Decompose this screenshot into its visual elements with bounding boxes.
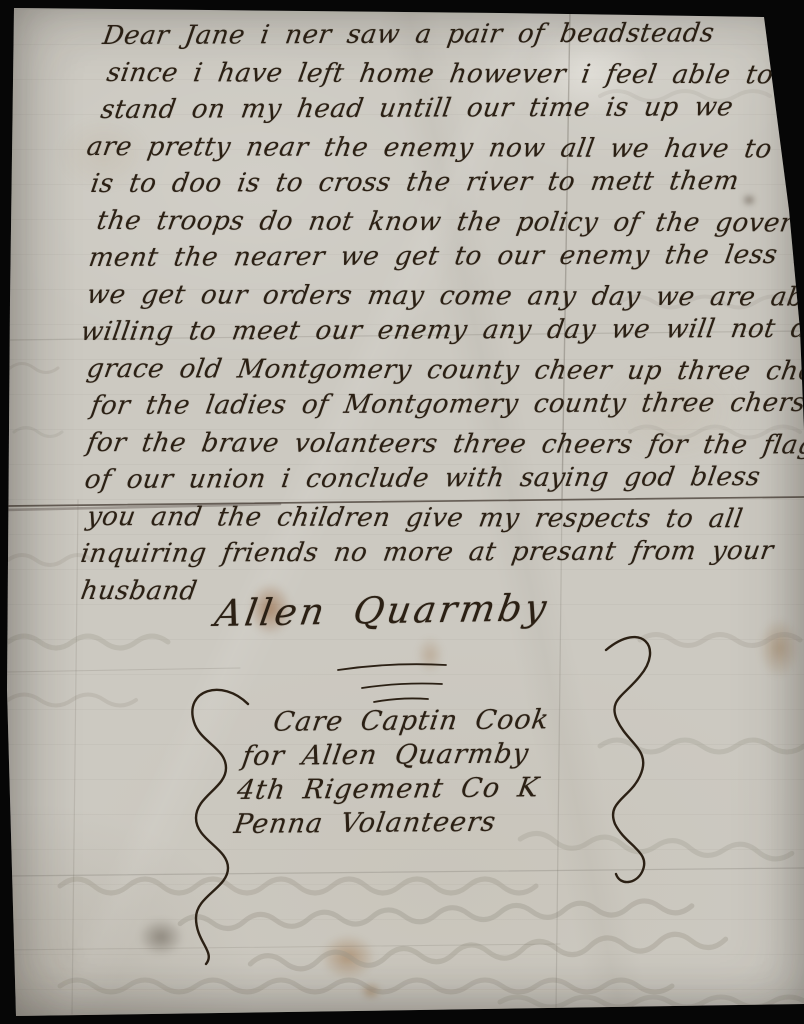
letter-line: ment the nearer we get to our enemy the … <box>86 237 804 277</box>
stain-spot <box>416 636 444 674</box>
letter-body: Dear Jane i ner saw a pair of beadsteads… <box>84 18 804 610</box>
address-line: Care Captin Cook <box>271 703 552 739</box>
letter-line: for the ladies of Montgomery county thre… <box>88 385 804 425</box>
stain-spot <box>360 982 382 1000</box>
stain-spot <box>758 618 800 678</box>
letter-line: Dear Jane i ner saw a pair of beadsteads <box>100 15 804 55</box>
stain-spot <box>138 918 184 956</box>
stain-spot <box>320 934 376 980</box>
letter-line: inquiring friends no more at presant fro… <box>78 533 804 573</box>
address-line: 4th Rigement Co K <box>235 771 542 808</box>
signature-underline <box>374 698 428 702</box>
letter-line: of our union i conclude with saying god … <box>82 459 804 499</box>
letter-line: is to doo is to cross the river to mett … <box>88 163 804 203</box>
signature: Allen Quarmby <box>212 586 552 635</box>
letter-line: stand on my head untill our time is up w… <box>98 89 804 129</box>
address-line: for Allen Quarmby <box>240 737 547 774</box>
scanned-letter: Dear Jane i ner saw a pair of beadsteads… <box>0 0 804 1024</box>
letter-page: Dear Jane i ner saw a pair of beadsteads… <box>0 0 804 1024</box>
letter-line: willing to meet our enemy any day we wil… <box>78 311 804 351</box>
address-line: Penna Volanteers <box>232 805 537 842</box>
address-block: Care Captin Cook for Allen Quarmby 4th R… <box>230 703 552 842</box>
signature-underline <box>362 684 442 689</box>
right-brace-flourish <box>606 637 650 882</box>
